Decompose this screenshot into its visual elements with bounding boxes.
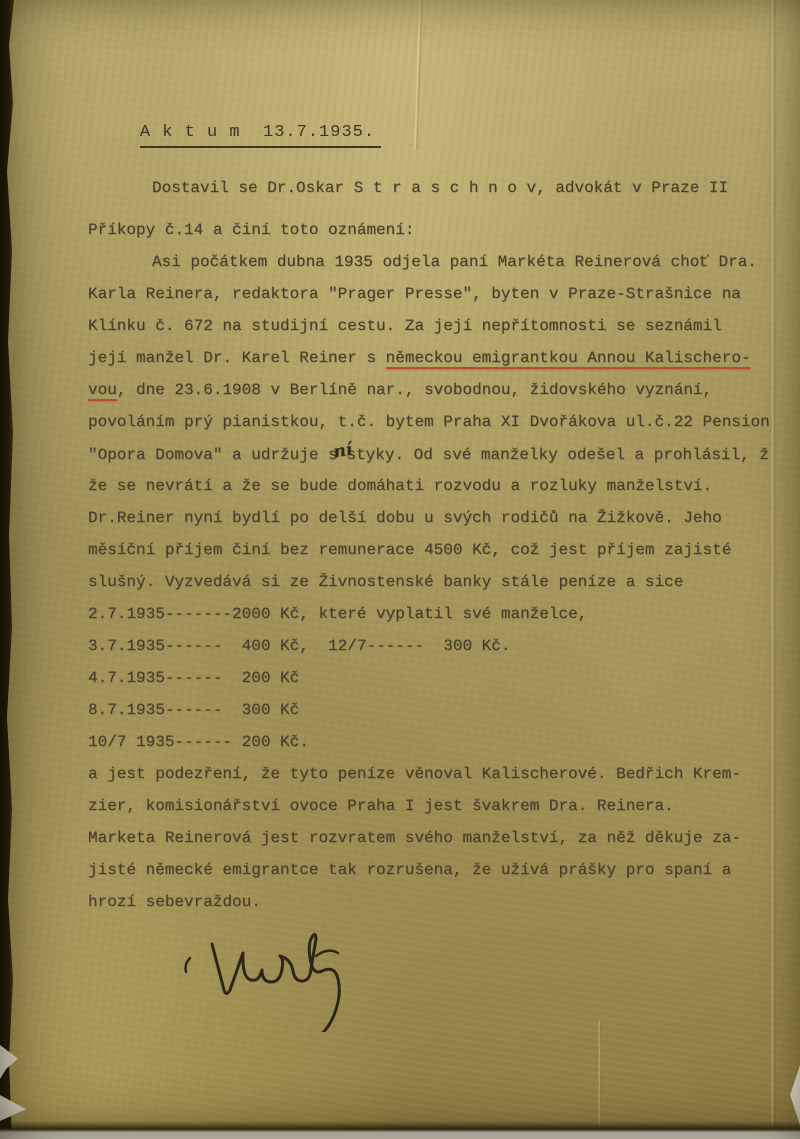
scanner-background-strip [0, 1129, 800, 1139]
typed-line: Příkopy č.14 a činí toto oznámení: [88, 214, 800, 246]
payment-entry-line: 4.7.1935------ 200 Kč [88, 662, 800, 694]
typed-line-with-annotation: vou, dne 23.6.1908 v Berlíně nar., svobo… [88, 374, 800, 406]
dark-binding-edge [0, 0, 16, 1139]
typed-line: zier, komisionářství ovoce Praha I jest … [88, 790, 800, 822]
payment-entry-line: 3.7.1935------ 400 Kč, 12/7------ 300 Kč… [88, 630, 800, 662]
document-heading: A k t u m 13.7.1935. [95, 104, 381, 167]
typed-line-with-annotation: její manžel Dr. Karel Reiner s německou … [88, 342, 800, 374]
typed-line: jisté německé emigrantce tak rozrušena, … [88, 854, 800, 886]
typed-line: Dr.Reiner nyní bydlí po delší dobu u svý… [88, 502, 800, 534]
typed-line: Karla Reinera, redaktora "Prager Presse"… [88, 278, 800, 310]
typed-text: , dne 23.6.1908 v Berlíně nar., svobodno… [117, 381, 712, 399]
typed-line: hrozí sebevraždou. [88, 886, 800, 918]
typed-line: Marketa Reinerová jest rozvratem svého m… [88, 822, 800, 854]
typed-text: její manžel Dr. Karel Reiner s [88, 349, 386, 367]
red-pencil-underlined-text: německou emigrantkou Annou Kalischero- [386, 349, 751, 369]
typed-line: že se nevrátí a že se bude domáhati rozv… [88, 470, 800, 502]
red-pencil-underlined-text: vou [88, 381, 117, 401]
document-body: Dostavil se Dr.Oskar S t r a s c h n o v… [88, 172, 800, 918]
heading-text: A k t u m 13.7.1935. [140, 123, 381, 148]
typed-line: povoláním prý pianistkou, t.č. bytem Pra… [88, 406, 800, 438]
scanned-document-page: A k t u m 13.7.1935. Dostavil se Dr.Oska… [0, 0, 800, 1139]
typed-line: měsíční příjem činí bez remunerace 4500 … [88, 534, 800, 566]
typed-line-with-insertion: "Opora Domova" a udržuje snístyky. Od sv… [88, 438, 800, 470]
signature-scribble [178, 922, 388, 1032]
payment-entry-line: 8.7.1935------ 300 Kč [88, 694, 800, 726]
typed-line: slušný. Vyzvedává si ze Živnostenské ban… [88, 566, 800, 598]
typed-text: "Opora Domova" a udržuje s [88, 446, 338, 464]
paper-crease-top [413, 0, 423, 150]
payment-entry-line: 2.7.1935-------2000 Kč, které vyplatil s… [88, 598, 800, 630]
typed-line: Asi počátkem dubna 1935 odjela paní Mark… [88, 246, 800, 278]
typed-line: Klínku č. 672 na studijní cestu. Za její… [88, 310, 800, 342]
torn-corner-bottom-left [0, 1095, 26, 1121]
typed-line: a jest podezření, že tyto peníze věnoval… [88, 758, 800, 790]
typed-text: styky. Od své manželky odešel a prohlási… [346, 446, 768, 464]
typed-line: Dostavil se Dr.Oskar S t r a s c h n o v… [88, 172, 800, 204]
payment-entry-line: 10/7 1935------ 200 Kč. [88, 726, 800, 758]
paper-bottom-edge-shadow [0, 1121, 800, 1129]
torn-edge-bottom-right [786, 1065, 800, 1125]
